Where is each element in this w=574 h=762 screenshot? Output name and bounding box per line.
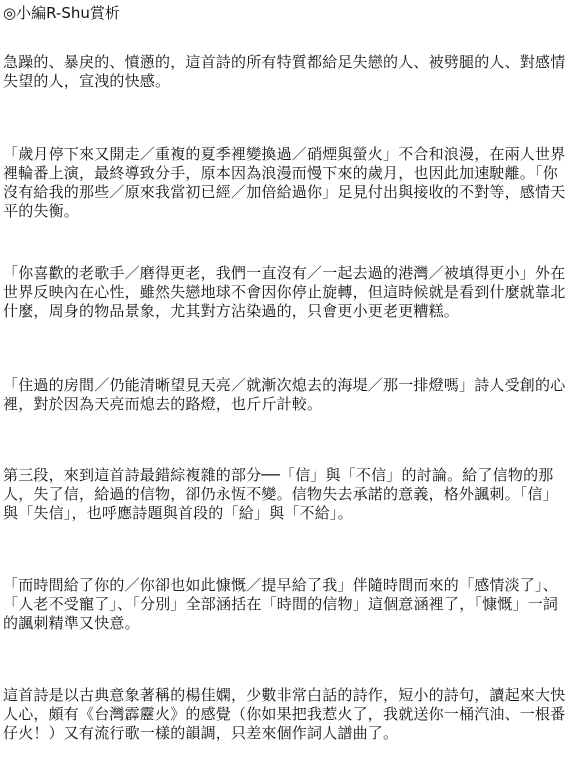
paragraph-conclusion: 這首詩是以古典意象著稱的楊佳嫻，少數非常白話的詩作，短小的詩句，讀起來大快人心，… xyxy=(3,686,572,743)
paragraph-stanza-three: 第三段，來到這首詩最錯綜複雜的部分──「信」與「不信」的討論。給了信物的那人，失… xyxy=(3,466,572,523)
paragraph-intro: 急躁的、暴戾的、憤懣的，這首詩的所有特質都給足失戀的人、被劈腿的人、對感情失望的… xyxy=(3,53,572,91)
paragraph-stanza-two: 「你喜歡的老歌手／磨得更老，我們一直沒有／一起去過的港灣／被填得更小」外在世界反… xyxy=(3,264,572,321)
article-page: ◎小編R-Shu賞析 急躁的、暴戾的、憤懣的，這首詩的所有特質都給足失戀的人、被… xyxy=(0,0,574,762)
section-title: ◎小編R-Shu賞析 xyxy=(3,4,572,23)
paragraph-stanza-two-cont: 「住過的房間／仍能清晰望見天亮／就漸次熄去的海堤／那一排燈嗎」詩人受創的心裡，對… xyxy=(3,376,572,414)
paragraph-stanza-one: 「歲月停下來又開走／重複的夏季裡變換過／硝煙與螢火」不合和浪漫，在兩人世界裡輪番… xyxy=(3,145,572,221)
paragraph-stanza-three-cont: 「而時間給了你的／你卻也如此慷慨／提早給了我」伴隨時間而來的「感情淡了」、「人老… xyxy=(3,576,572,633)
